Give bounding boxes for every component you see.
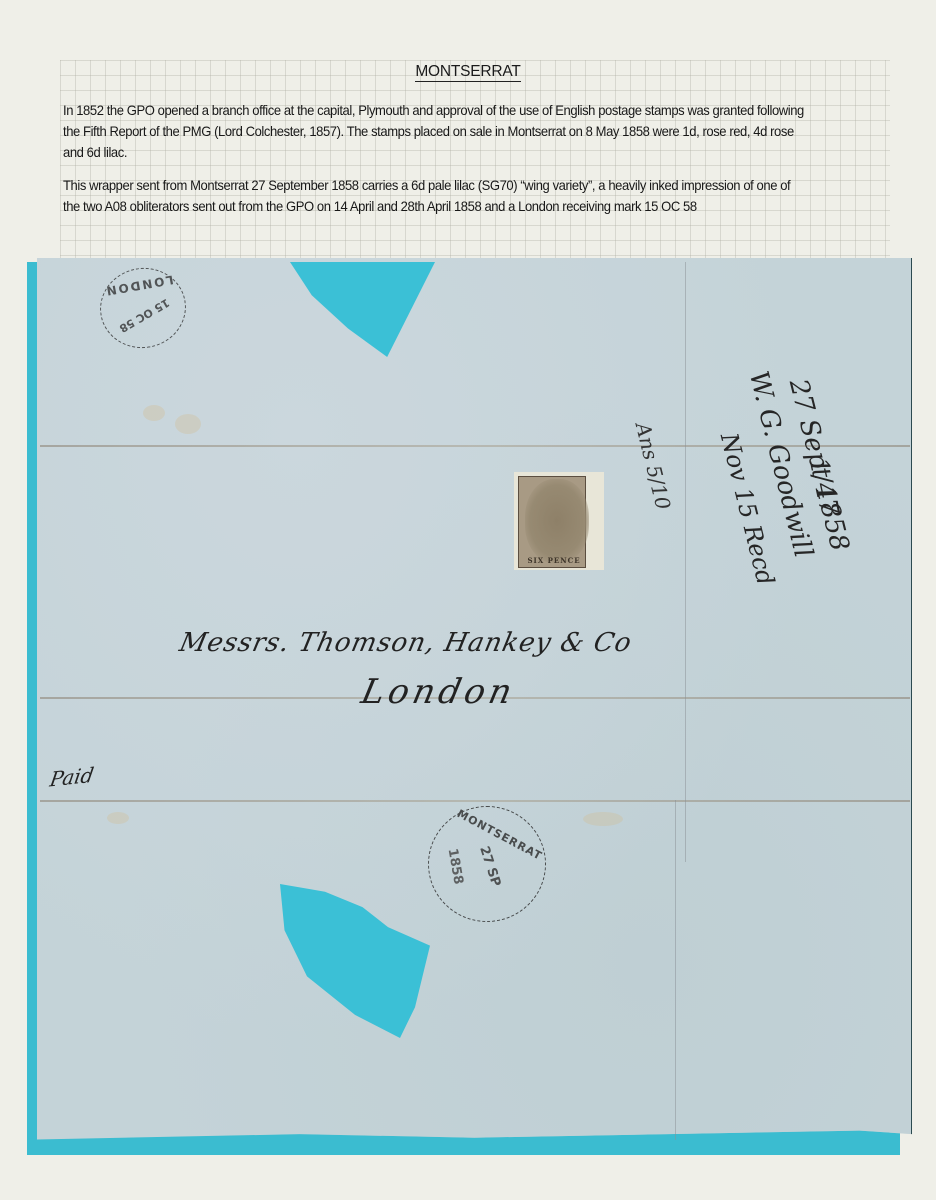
address-city: London <box>358 672 520 712</box>
description-paragraph-2: This wrapper sent from Montserrat 27 Sep… <box>63 175 807 217</box>
montserrat-dispatch-postmark: MONTSERRAT 27 SP 1858 <box>428 806 546 922</box>
a08-obliterator-cancel <box>525 479 589 563</box>
fold-line <box>675 800 676 1140</box>
paid-annotation: Paid <box>48 762 95 791</box>
album-page: MONTSERRAT In 1852 the GPO opened a bran… <box>0 0 936 1200</box>
fold-line <box>685 262 686 862</box>
stamp-denomination: SIX PENCE <box>521 556 587 565</box>
montserrat-postmark-year: 1858 <box>445 847 466 885</box>
stain <box>583 812 623 826</box>
stain <box>175 414 201 434</box>
stain <box>143 405 165 421</box>
montserrat-postmark-day: 27 SP <box>476 844 503 888</box>
london-postmark-date: 15 OC 58 <box>105 289 184 342</box>
six-pence-stamp: SIX PENCE <box>514 472 604 570</box>
address-addressee: Messrs. Thomson, Hankey & Co <box>177 628 635 658</box>
page-title-text: MONTSERRAT <box>415 63 520 82</box>
stamp-design: SIX PENCE <box>518 476 586 568</box>
stain <box>107 812 129 824</box>
description-paragraph-1: In 1852 the GPO opened a branch office a… <box>63 100 807 163</box>
page-title: MONTSERRAT <box>0 63 936 81</box>
fold-line <box>40 800 910 802</box>
